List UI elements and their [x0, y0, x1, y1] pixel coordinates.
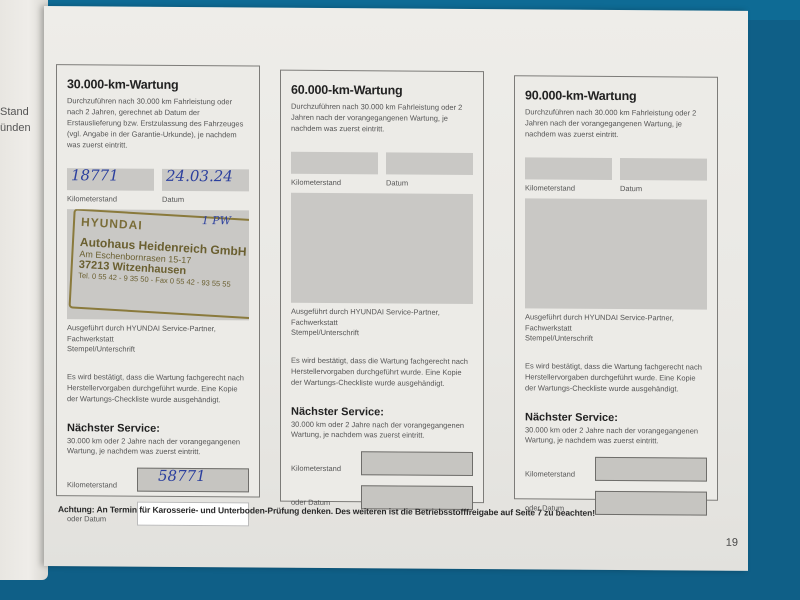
- next-service-title: Nächster Service:: [291, 405, 473, 418]
- service-panel-30000: 30.000-km-Wartung Durchzuführen nach 30.…: [56, 64, 260, 497]
- date-input-box[interactable]: [386, 152, 473, 175]
- date-field: Datum: [620, 158, 707, 194]
- next-km-label: Kilometerstand: [67, 480, 117, 491]
- km-input-box[interactable]: [291, 152, 378, 175]
- next-km-box[interactable]: [595, 456, 707, 481]
- date-input-box[interactable]: 24.03.24: [162, 169, 249, 192]
- km-input-box[interactable]: [525, 157, 612, 180]
- stamp-signature-area[interactable]: HYUNDAI Autohaus Heidenreich GmbH Am Esc…: [67, 209, 249, 320]
- date-field: 24.03.24 Datum: [162, 169, 249, 205]
- service-panel-90000: 90.000-km-Wartung Durchzuführen nach 30.…: [514, 75, 718, 500]
- stamp-signature-area[interactable]: [291, 193, 473, 304]
- service-panel-60000: 60.000-km-Wartung Durchzuführen nach 30.…: [280, 70, 484, 503]
- next-km-row: Kilometerstand: [525, 456, 707, 481]
- km-input-box[interactable]: 18771: [67, 168, 154, 191]
- page-number: 19: [726, 537, 738, 549]
- service-description: Durchzuführen nach 30.000 km Fahrleistun…: [525, 106, 707, 140]
- performed-by-label: Ausgeführt durch HYUNDAI Service-Partner…: [67, 323, 216, 343]
- date-label: Datum: [386, 178, 473, 188]
- next-km-label: Kilometerstand: [291, 463, 341, 474]
- confirmation-text: Es wird bestätigt, dass die Wartung fach…: [67, 371, 249, 405]
- next-km-box[interactable]: [361, 451, 473, 476]
- performed-by-text: Ausgeführt durch HYUNDAI Service-Partner…: [291, 307, 473, 340]
- date-handwritten-value: 24.03.24: [166, 167, 233, 185]
- next-service-description: 30.000 km oder 2 Jahre nach der vorangeg…: [67, 436, 249, 458]
- service-booklet-page: 30.000-km-Wartung Durchzuführen nach 30.…: [44, 6, 748, 571]
- left-page-text-fragment: ünden: [0, 122, 31, 134]
- next-km-box[interactable]: 58771: [137, 467, 249, 492]
- km-field: Kilometerstand: [291, 152, 378, 188]
- next-km-row: Kilometerstand 58771: [67, 467, 249, 492]
- signature-label: Stempel/Unterschrift: [67, 344, 135, 353]
- km-label: Kilometerstand: [67, 194, 154, 204]
- service-fields: Kilometerstand Datum: [291, 152, 473, 188]
- km-field: Kilometerstand: [525, 157, 612, 193]
- date-label: Datum: [162, 195, 249, 205]
- service-fields: Kilometerstand Datum: [525, 157, 707, 193]
- left-page-text-fragment: Stand: [0, 106, 29, 118]
- performed-by-text: Ausgeführt durch HYUNDAI Service-Partner…: [67, 323, 249, 356]
- performed-by-text: Ausgeführt durch HYUNDAI Service-Partner…: [525, 312, 707, 345]
- confirmation-text: Es wird bestätigt, dass die Wartung fach…: [525, 360, 707, 394]
- km-label: Kilometerstand: [291, 178, 378, 188]
- next-date-box[interactable]: [595, 490, 707, 515]
- left-page-edge: Stand ünden: [0, 0, 48, 580]
- date-label: Datum: [620, 184, 707, 194]
- signature-note: 1 PW: [202, 214, 231, 227]
- next-service-title: Nächster Service:: [525, 411, 707, 424]
- next-km-label: Kilometerstand: [525, 469, 575, 480]
- date-field: Datum: [386, 152, 473, 188]
- km-label: Kilometerstand: [525, 183, 612, 193]
- next-service-description: 30.000 km oder 2 Jahre nach der vorangeg…: [291, 419, 473, 441]
- service-description: Durchzuführen nach 30.000 km Fahrleistun…: [291, 101, 473, 135]
- service-title: 60.000-km-Wartung: [291, 83, 473, 98]
- next-km-handwritten-value: 58771: [158, 466, 206, 484]
- next-km-row: Kilometerstand: [291, 450, 473, 475]
- performed-by-label: Ausgeführt durch HYUNDAI Service-Partner…: [291, 307, 440, 327]
- signature-label: Stempel/Unterschrift: [291, 328, 359, 337]
- next-date-label: oder Datum: [67, 514, 106, 525]
- service-fields: 18771 Kilometerstand 24.03.24 Datum: [67, 168, 249, 204]
- service-title: 30.000-km-Wartung: [67, 77, 249, 92]
- service-title: 90.000-km-Wartung: [525, 88, 707, 103]
- next-service-title: Nächster Service:: [67, 422, 249, 435]
- service-description: Durchzuführen nach 30.000 km Fahrleistun…: [67, 95, 249, 151]
- next-service-description: 30.000 km oder 2 Jahre nach der vorangeg…: [525, 425, 707, 447]
- confirmation-text: Es wird bestätigt, dass die Wartung fach…: [291, 354, 473, 388]
- signature-label: Stempel/Unterschrift: [525, 333, 593, 342]
- km-field: 18771 Kilometerstand: [67, 168, 154, 204]
- date-input-box[interactable]: [620, 158, 707, 181]
- stamp-signature-area[interactable]: [525, 198, 707, 309]
- km-handwritten-value: 18771: [71, 166, 119, 184]
- performed-by-label: Ausgeführt durch HYUNDAI Service-Partner…: [525, 312, 674, 332]
